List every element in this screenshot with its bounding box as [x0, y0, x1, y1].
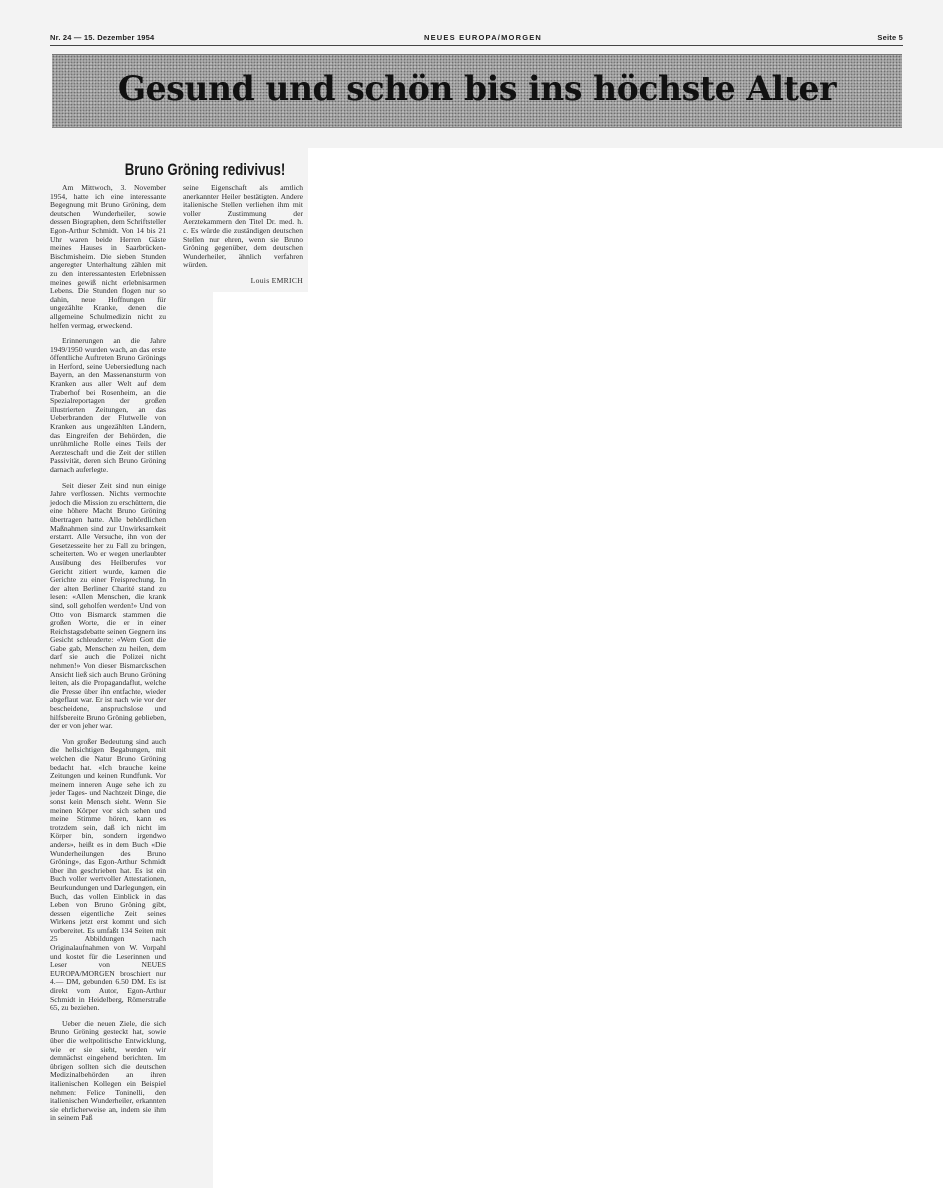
- article-paragraph: Erinnerungen an die Jahre 1949/1950 wurd…: [50, 337, 166, 475]
- article-paragraph: Seit dieser Zeit sind nun einige Jahre v…: [50, 482, 166, 731]
- author-byline: Louis EMRICH: [183, 277, 303, 286]
- banner-headline: Gesund und schön bis ins höchste Alter: [65, 69, 890, 109]
- headline-banner: Gesund und schön bis ins höchste Alter: [52, 54, 902, 128]
- article-title: Bruno Gröning redivivus!: [115, 160, 294, 180]
- article-paragraph: Von großer Bedeutung sind auch die hells…: [50, 738, 166, 1013]
- masthead-rule: [50, 45, 903, 46]
- page-number: Seite 5: [877, 33, 903, 42]
- article-column-2: seine Eigenschaft als amtlich anerkannte…: [183, 184, 303, 286]
- article-paragraph: Am Mittwoch, 3. November 1954, hatte ich…: [50, 184, 166, 330]
- article-column-1: Am Mittwoch, 3. November 1954, hatte ich…: [50, 184, 166, 1130]
- article-paragraph: Ueber die neuen Ziele, die sich Bruno Gr…: [50, 1020, 166, 1123]
- article-continuation: seine Eigenschaft als amtlich anerkannte…: [183, 184, 303, 270]
- publication-name: NEUES EUROPA/MORGEN: [50, 33, 916, 42]
- newspaper-masthead: Nr. 24 — 15. Dezember 1954 NEUES EUROPA/…: [50, 30, 916, 44]
